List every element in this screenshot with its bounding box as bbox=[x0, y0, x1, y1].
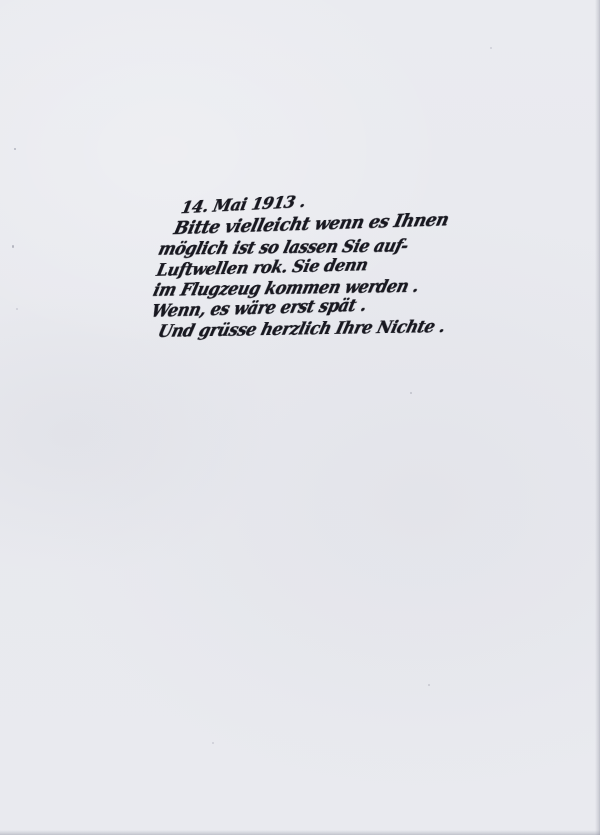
paper-speck bbox=[490, 47, 492, 49]
paper-speck bbox=[212, 742, 214, 744]
paper-speck bbox=[318, 228, 320, 230]
paper-speck bbox=[12, 245, 14, 248]
handwriting-line: Und grüsse herzlich Ihre Nichte . bbox=[156, 316, 465, 343]
scanned-page: 14. Mai 1913 . Bitte vielleicht wenn es … bbox=[0, 0, 600, 835]
handwritten-text-block: 14. Mai 1913 . Bitte vielleicht wenn es … bbox=[147, 193, 460, 343]
paper-speck bbox=[14, 148, 16, 150]
scan-edge-right bbox=[595, 0, 600, 835]
paper-speck bbox=[16, 308, 18, 310]
scan-edge-bottom bbox=[0, 830, 600, 835]
paper-speck bbox=[428, 684, 430, 686]
paper-speck bbox=[410, 392, 412, 394]
